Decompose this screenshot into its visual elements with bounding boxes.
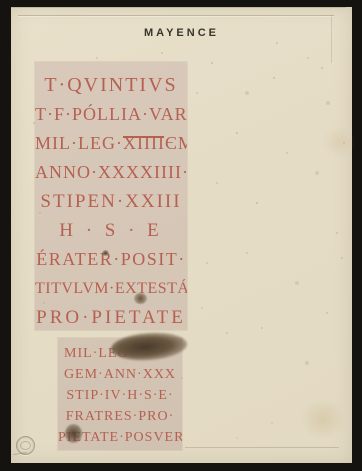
plate-mark-right-line [331,15,332,63]
plate-mark-top-line [18,15,334,16]
inscription-block-primary: T·QVINTIVS T·F·PÓLLIA·VAR· MIL·LEG·XIIII… [35,62,187,330]
photographed-plate: { "frame": { "background": "#14130f" }, … [0,0,362,471]
inscription-line: T·F·PÓLLIA·VAR· [35,100,187,129]
numeral-overline: XIIII [123,133,165,153]
inscription-line: H · S · E [35,216,187,245]
inscription-line: STIPEN·XXIII [35,187,187,216]
bottom-crease-line [11,7,346,8]
inscription-line: TITVLVM·EXTESTÁM [35,274,187,303]
inscription-line: STIP·IV·H·S·E· [58,385,182,406]
foxing-blotch [323,129,355,155]
inscription-line: T·QVINTIVS [35,71,187,100]
plate-mark-bottom-line [185,447,339,448]
paper-speck [102,250,109,256]
inscription-line: ANNO·XXXXIIII· [35,158,187,187]
paper-speck [134,293,147,304]
foxing-blotch [299,402,347,436]
inscription-line: ÉRATER·POSIT· [35,245,187,274]
foxing-spots [11,7,13,9]
inscription-line: GEM·ANN·XXX [58,364,182,385]
inscription-line: PRO·PIETATE [35,303,187,330]
scanned-sheet: MAYENCE T·QVINTIVS T·F·PÓLLIA·VAR· MIL·L… [11,7,352,463]
page-title: MAYENCE [11,27,352,39]
inscription-line: MIL·LEG·XIIIIЄM [35,129,187,158]
inscription-segment: ЄM [165,133,187,153]
inscription-segment: MIL·LEG· [35,133,123,153]
ink-stain-small [65,424,82,443]
